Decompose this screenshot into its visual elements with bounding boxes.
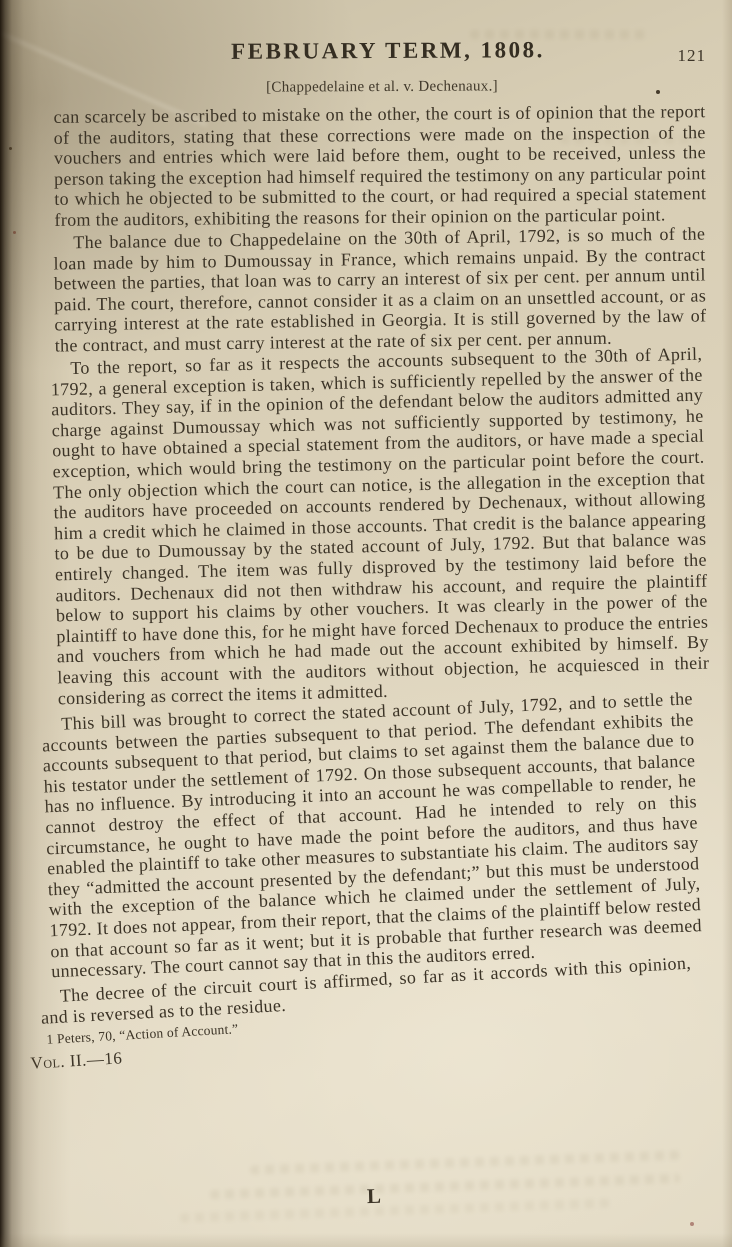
opinion-paragraph: This bill was brought to correct the sta…	[41, 689, 703, 983]
page-edge-shading	[0, 1233, 732, 1247]
opinion-text: can scarcely be ascribed to mistake on t…	[54, 104, 706, 1053]
show-through-text	[250, 1150, 680, 1174]
scanned-book-page: FEBRUARY TERM, 1808. 121 [Chappedelaine …	[0, 0, 732, 1247]
ink-speck	[9, 147, 12, 150]
foxing-speck	[13, 231, 16, 234]
opinion-paragraph: can scarcely be ascribed to mistake on t…	[53, 101, 706, 230]
case-caption: [Chappedelaine et al. v. Dechenaux.]	[16, 77, 732, 98]
show-through-text	[210, 1174, 680, 1199]
opinion-paragraph: The balance due to Chappedelaine on the …	[53, 223, 707, 356]
page-number: 121	[678, 46, 707, 66]
running-head-term: FEBRUARY TERM, 1808.	[22, 36, 732, 66]
opinion-paragraph: To the report, so far as it respects the…	[50, 344, 710, 709]
page-edge-shading	[722, 0, 732, 1247]
foxing-speck	[690, 1222, 694, 1226]
signature-mark: L	[352, 1183, 397, 1209]
